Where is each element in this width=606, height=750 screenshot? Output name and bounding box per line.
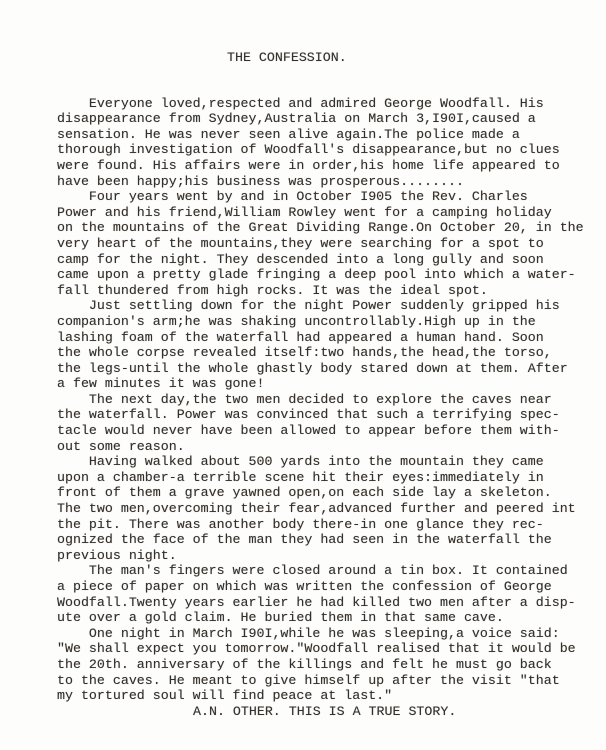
text-line: the 20th. anniversary of the killings an… (57, 657, 606, 673)
text-line: a piece of paper on which was written th… (57, 579, 606, 595)
text-line: on the mountains of the Great Dividing R… (57, 220, 606, 236)
text-line: came upon a pretty glade fringing a deep… (57, 267, 606, 283)
text-line: camp for the night. They descended into … (57, 252, 606, 268)
paragraph: Just settling down for the night Power s… (57, 298, 606, 392)
text-line: the pit. There was another body there-in… (57, 517, 606, 533)
paragraph: Everyone loved,respected and admired Geo… (57, 96, 606, 190)
text-line: The two men,overcoming their fear,advanc… (57, 501, 606, 517)
document-title: THE CONFESSION. (57, 50, 606, 66)
text-line: the legs-until the whole ghastly body st… (57, 361, 606, 377)
paragraph: One night in March I90I,while he was sle… (57, 626, 606, 704)
text-line: Everyone loved,respected and admired Geo… (57, 96, 606, 112)
text-line: Having walked about 500 yards into the m… (57, 454, 606, 470)
text-line: disappearance from Sydney,Australia on M… (57, 111, 606, 127)
text-line: fall thundered from high rocks. It was t… (57, 283, 606, 299)
text-line: very heart of the mountains,they were se… (57, 236, 606, 252)
text-line: front of them a grave yawned open,on eac… (57, 485, 606, 501)
text-line: out some reason. (57, 439, 606, 455)
text-line: the waterfall. Power was convinced that … (57, 407, 606, 423)
text-line: Power and his friend,William Rowley went… (57, 205, 606, 221)
text-line: to the caves. He meant to give himself u… (57, 673, 606, 689)
text-line: ute over a gold claim. He buried them in… (57, 610, 606, 626)
text-line: companion's arm;he was shaking uncontrol… (57, 314, 606, 330)
text-line: ognized the face of the man they had see… (57, 532, 606, 548)
text-line: Woodfall.Twenty years earlier he had kil… (57, 595, 606, 611)
text-line: Just settling down for the night Power s… (57, 298, 606, 314)
text-line: Four years went by and in October I905 t… (57, 189, 606, 205)
text-line: previous night. (57, 548, 606, 564)
text-line: my tortured soul will find peace at last… (57, 688, 606, 704)
text-line: The next day,the two men decided to expl… (57, 392, 606, 408)
text-line: thorough investigation of Woodfall's dis… (57, 142, 606, 158)
text-line: "We shall expect you tomorrow."Woodfall … (57, 641, 606, 657)
paragraph: The man's fingers were closed around a t… (57, 563, 606, 625)
text-line: the whole corpse revealed itself:two han… (57, 345, 606, 361)
text-line: sensation. He was never seen alive again… (57, 127, 606, 143)
text-line: lashing foam of the waterfall had appear… (57, 330, 606, 346)
text-line: upon a chamber-a terrible scene hit thei… (57, 470, 606, 486)
text-line: One night in March I90I,while he was sle… (57, 626, 606, 642)
typewritten-page: THE CONFESSION. Everyone loved,respected… (0, 0, 606, 750)
text-line: The man's fingers were closed around a t… (57, 563, 606, 579)
text-line: have been happy;his business was prosper… (57, 174, 606, 190)
paragraph: Four years went by and in October I905 t… (57, 189, 606, 298)
document-body: Everyone loved,respected and admired Geo… (57, 96, 606, 704)
paragraph: The next day,the two men decided to expl… (57, 392, 606, 454)
text-line: were found. His affairs were in order,hi… (57, 158, 606, 174)
text-line: tacle would never have been allowed to a… (57, 423, 606, 439)
paragraph: Having walked about 500 yards into the m… (57, 454, 606, 563)
text-line: a few minutes it was gone! (57, 376, 606, 392)
closing-line: A.N. OTHER. THIS IS A TRUE STORY. (57, 704, 606, 720)
